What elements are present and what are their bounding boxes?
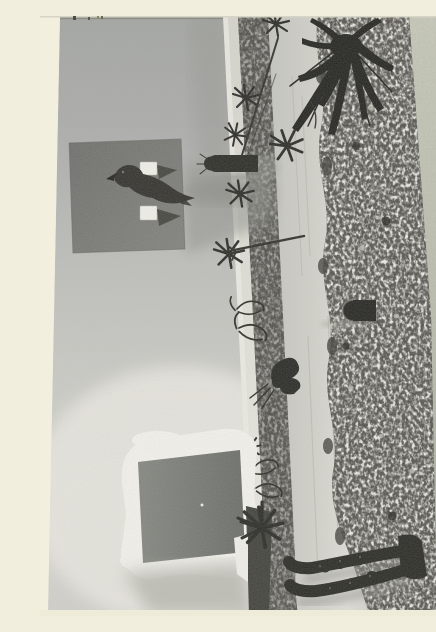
photo-figure [40, 16, 436, 616]
photo-grain [40, 16, 436, 616]
photo-image [40, 16, 436, 616]
photo-canvas [40, 16, 436, 616]
